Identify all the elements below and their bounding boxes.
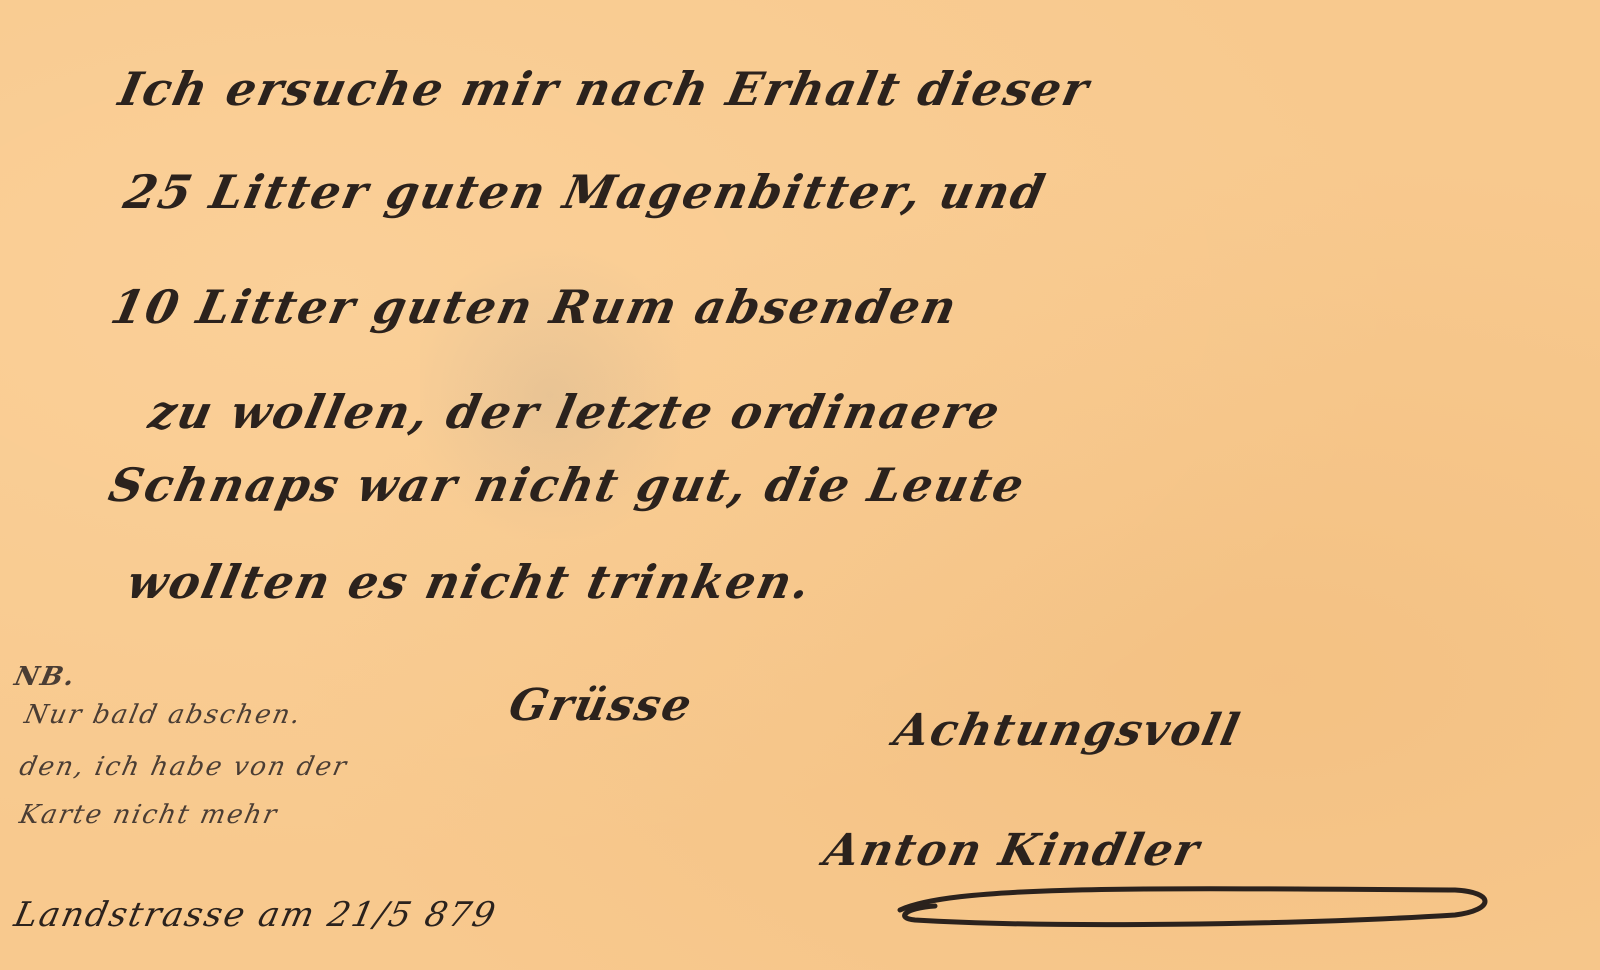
postscript-line-2: den, ich habe von der	[17, 752, 351, 782]
postscript-line-1: Nur bald abschen.	[22, 700, 305, 730]
body-line-1: Ich ersuche mir nach Erhalt dieser	[114, 62, 1095, 116]
body-line-4: zu wollen, der letzte ordinaere	[144, 385, 1006, 439]
body-line-5: Schnaps war nicht gut, die Leute	[104, 458, 1030, 512]
signature-flourish	[895, 880, 1505, 930]
postscript-line-3: Karte nicht mehr	[17, 800, 281, 830]
closing-respect: Achtungsvoll	[890, 705, 1246, 756]
body-line-2: 25 Litter guten Magenbitter, und	[119, 165, 1051, 219]
postscript-marker: NB.	[12, 662, 79, 692]
signature: Anton Kindler	[820, 825, 1206, 876]
closing-greeting: Grüsse	[505, 680, 698, 731]
postcard: Ich ersuche mir nach Erhalt dieser 25 Li…	[0, 0, 1600, 970]
body-line-3: 10 Litter guten Rum absenden	[106, 280, 963, 334]
body-line-6: wollten es nicht trinken.	[122, 555, 817, 609]
place-date: Landstrasse am 21/5 879	[11, 895, 501, 935]
